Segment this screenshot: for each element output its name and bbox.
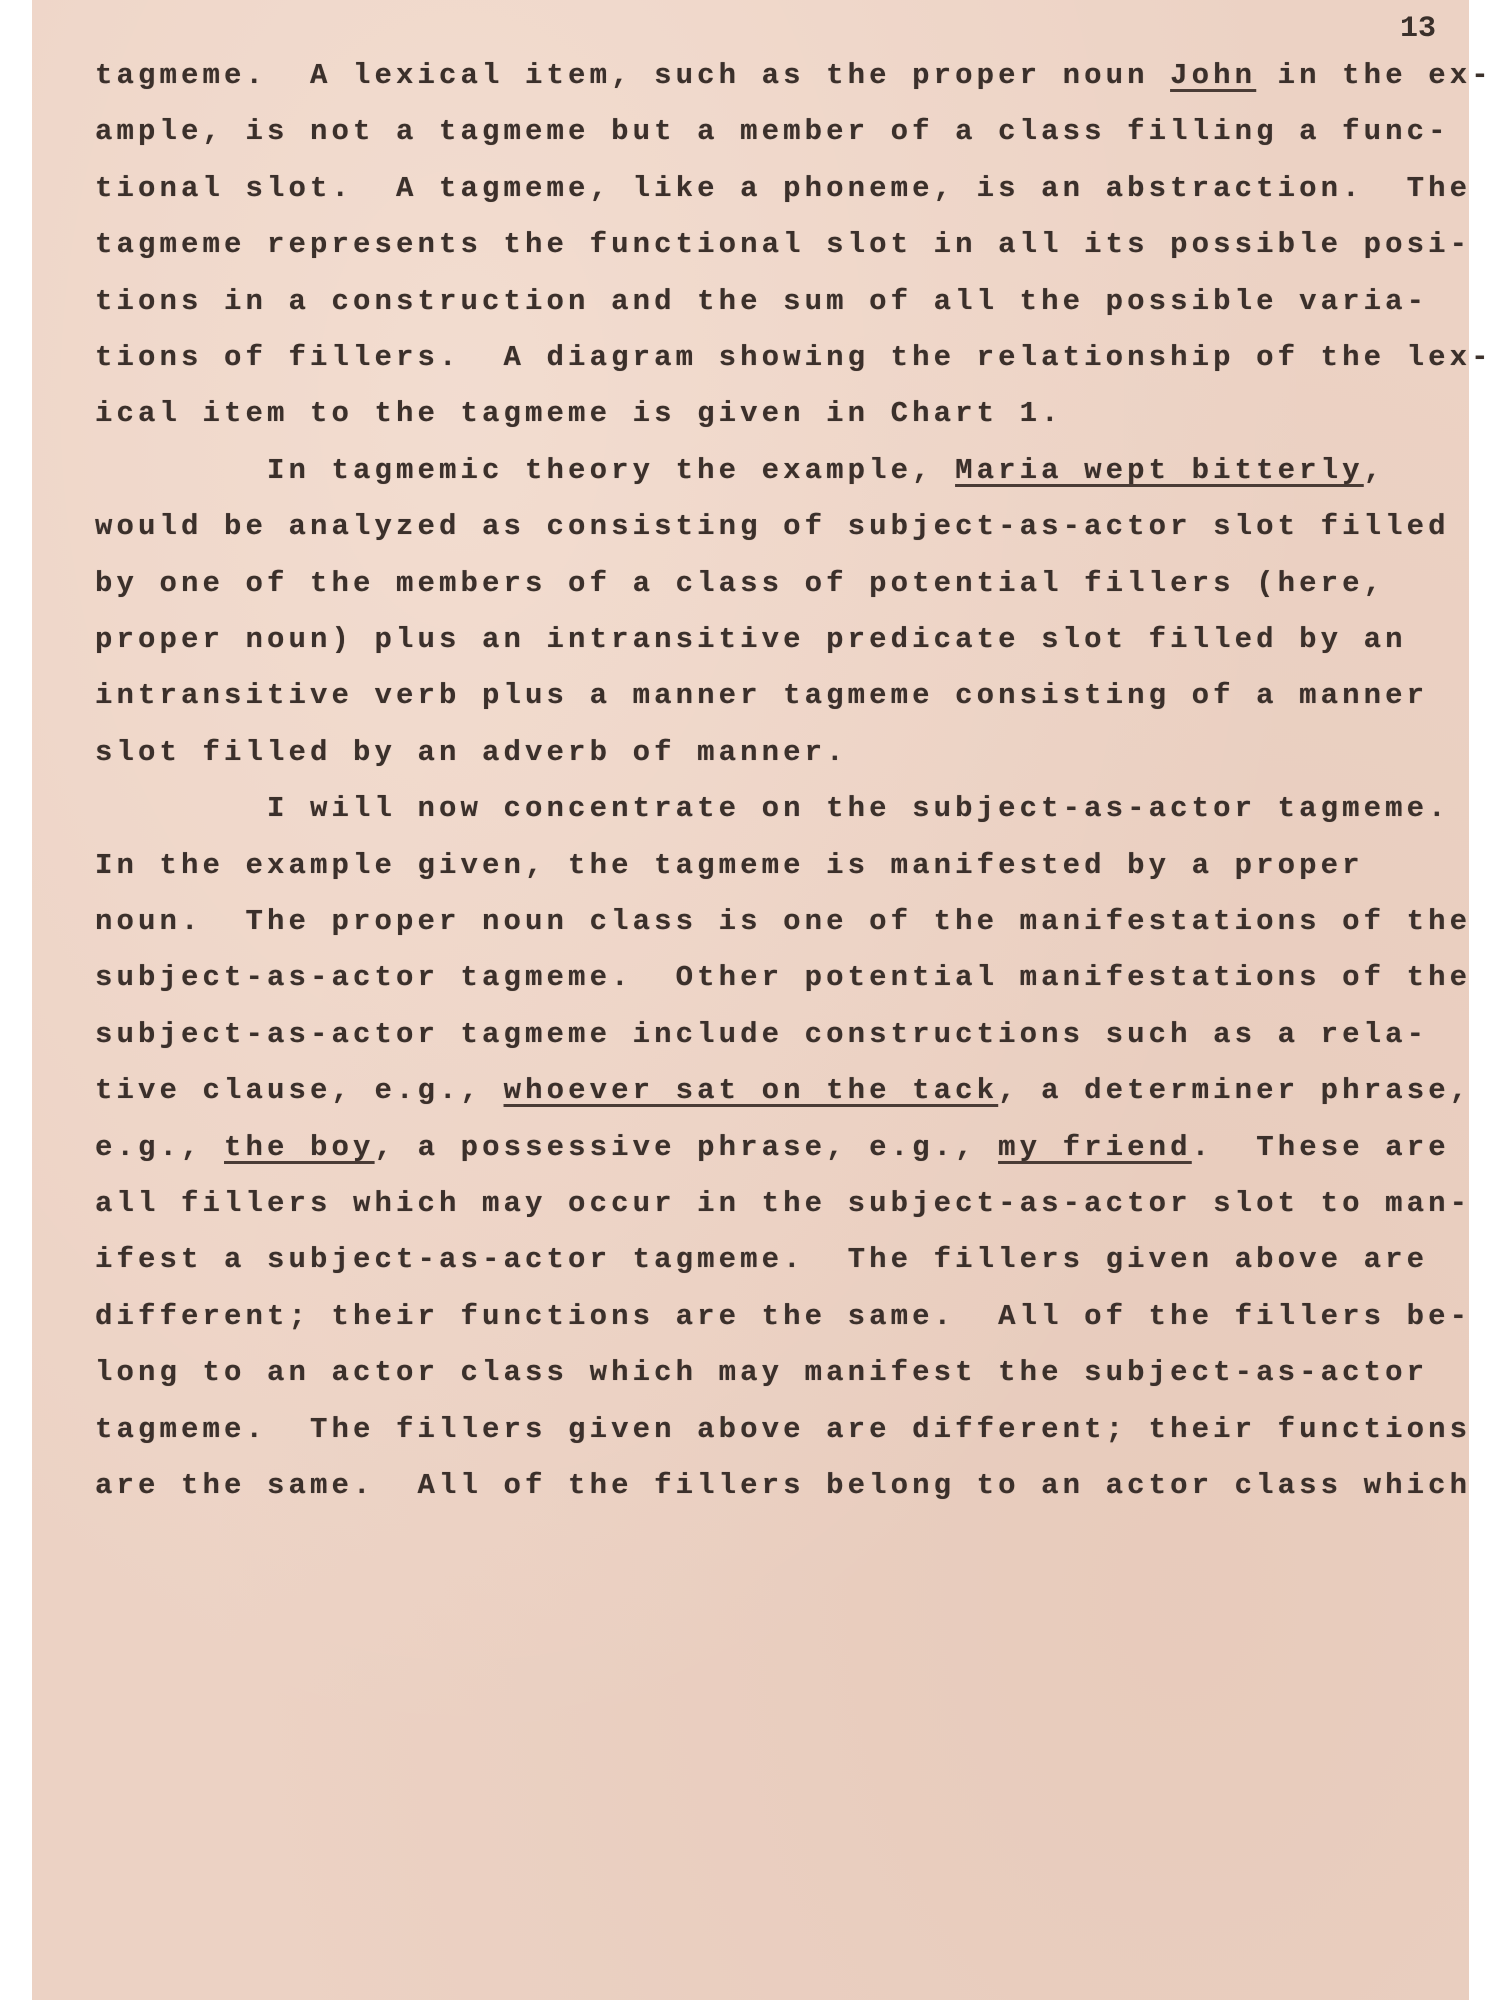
text-segment: I will now concentrate on the subject-as… — [95, 792, 1450, 825]
text-segment: intransitive verb plus a manner tagmeme … — [95, 679, 1428, 712]
text-line: e.g., the boy, a possessive phrase, e.g.… — [95, 1130, 1450, 1166]
text-line: intransitive verb plus a manner tagmeme … — [95, 678, 1428, 714]
text-line: would be analyzed as consisting of subje… — [95, 509, 1450, 545]
text-segment: ample, is not a tagmeme but a member of … — [95, 115, 1450, 148]
text-line: tions in a construction and the sum of a… — [95, 284, 1428, 320]
text-line: ical item to the tagmeme is given in Cha… — [95, 396, 1063, 432]
underlined-example: John — [1170, 59, 1256, 92]
text-segment: in the ex- — [1256, 59, 1493, 92]
text-segment: subject-as-actor tagmeme include constru… — [95, 1018, 1428, 1051]
text-line: tive clause, e.g., whoever sat on the ta… — [95, 1073, 1471, 1109]
text-line: are the same. All of the fillers belong … — [95, 1468, 1471, 1504]
underlined-example: my friend — [998, 1131, 1192, 1164]
text-segment: tive clause, e.g., — [95, 1074, 504, 1107]
text-line: proper noun) plus an intransitive predic… — [95, 622, 1407, 658]
text-segment: In tagmemic theory the example, — [95, 454, 955, 487]
text-line: subject-as-actor tagmeme. Other potentia… — [95, 960, 1471, 996]
text-line: all fillers which may occur in the subje… — [95, 1186, 1471, 1222]
text-segment: , a possessive phrase, e.g., — [375, 1131, 999, 1164]
text-segment: are the same. All of the fillers belong … — [95, 1469, 1471, 1502]
text-line: subject-as-actor tagmeme include constru… — [95, 1017, 1428, 1053]
text-line: tagmeme. The fillers given above are dif… — [95, 1412, 1471, 1448]
text-segment: all fillers which may occur in the subje… — [95, 1187, 1471, 1220]
text-line: tional slot. A tagmeme, like a phoneme, … — [95, 171, 1471, 207]
text-segment: tagmeme. A lexical item, such as the pro… — [95, 59, 1170, 92]
text-segment: long to an actor class which may manifes… — [95, 1356, 1428, 1389]
text-line: ifest a subject-as-actor tagmeme. The fi… — [95, 1242, 1428, 1278]
underlined-example: the boy — [224, 1131, 375, 1164]
text-line: tagmeme represents the functional slot i… — [95, 227, 1471, 263]
text-segment: In the example given, the tagmeme is man… — [95, 849, 1364, 882]
text-segment: tions of fillers. A diagram showing the … — [95, 341, 1493, 374]
page-number: 13 — [1400, 12, 1436, 46]
text-line: slot filled by an adverb of manner. — [95, 735, 848, 771]
text-segment: slot filled by an adverb of manner. — [95, 736, 848, 769]
text-line: by one of the members of a class of pote… — [95, 566, 1385, 602]
text-segment: tional slot. A tagmeme, like a phoneme, … — [95, 172, 1471, 205]
text-segment: ifest a subject-as-actor tagmeme. The fi… — [95, 1243, 1428, 1276]
text-segment: tagmeme. The fillers given above are dif… — [95, 1413, 1471, 1446]
text-line: ample, is not a tagmeme but a member of … — [95, 114, 1450, 150]
text-line: long to an actor class which may manifes… — [95, 1355, 1428, 1391]
text-line: tions of fillers. A diagram showing the … — [95, 340, 1493, 376]
text-segment: e.g., — [95, 1131, 224, 1164]
text-segment: , a determiner phrase, — [998, 1074, 1471, 1107]
text-segment: . These are — [1192, 1131, 1450, 1164]
text-segment: subject-as-actor tagmeme. Other potentia… — [95, 961, 1471, 994]
text-line: noun. The proper noun class is one of th… — [95, 904, 1471, 940]
text-line: In the example given, the tagmeme is man… — [95, 848, 1364, 884]
text-line: In tagmemic theory the example, Maria we… — [95, 453, 1385, 489]
text-segment: would be analyzed as consisting of subje… — [95, 510, 1450, 543]
text-segment: noun. The proper noun class is one of th… — [95, 905, 1471, 938]
text-segment: different; their functions are the same.… — [95, 1300, 1471, 1333]
underlined-example: whoever sat on the tack — [504, 1074, 999, 1107]
text-segment: proper noun) plus an intransitive predic… — [95, 623, 1407, 656]
text-segment: tions in a construction and the sum of a… — [95, 285, 1428, 318]
text-line: tagmeme. A lexical item, such as the pro… — [95, 58, 1493, 94]
text-segment: tagmeme represents the functional slot i… — [95, 228, 1471, 261]
typewritten-page: 13 tagmeme. A lexical item, such as the … — [32, 0, 1469, 2000]
text-segment: by one of the members of a class of pote… — [95, 567, 1385, 600]
text-segment: ical item to the tagmeme is given in Cha… — [95, 397, 1063, 430]
text-line: different; their functions are the same.… — [95, 1299, 1471, 1335]
text-line: I will now concentrate on the subject-as… — [95, 791, 1450, 827]
underlined-example: Maria wept bitterly — [955, 454, 1364, 487]
text-segment: , — [1364, 454, 1386, 487]
